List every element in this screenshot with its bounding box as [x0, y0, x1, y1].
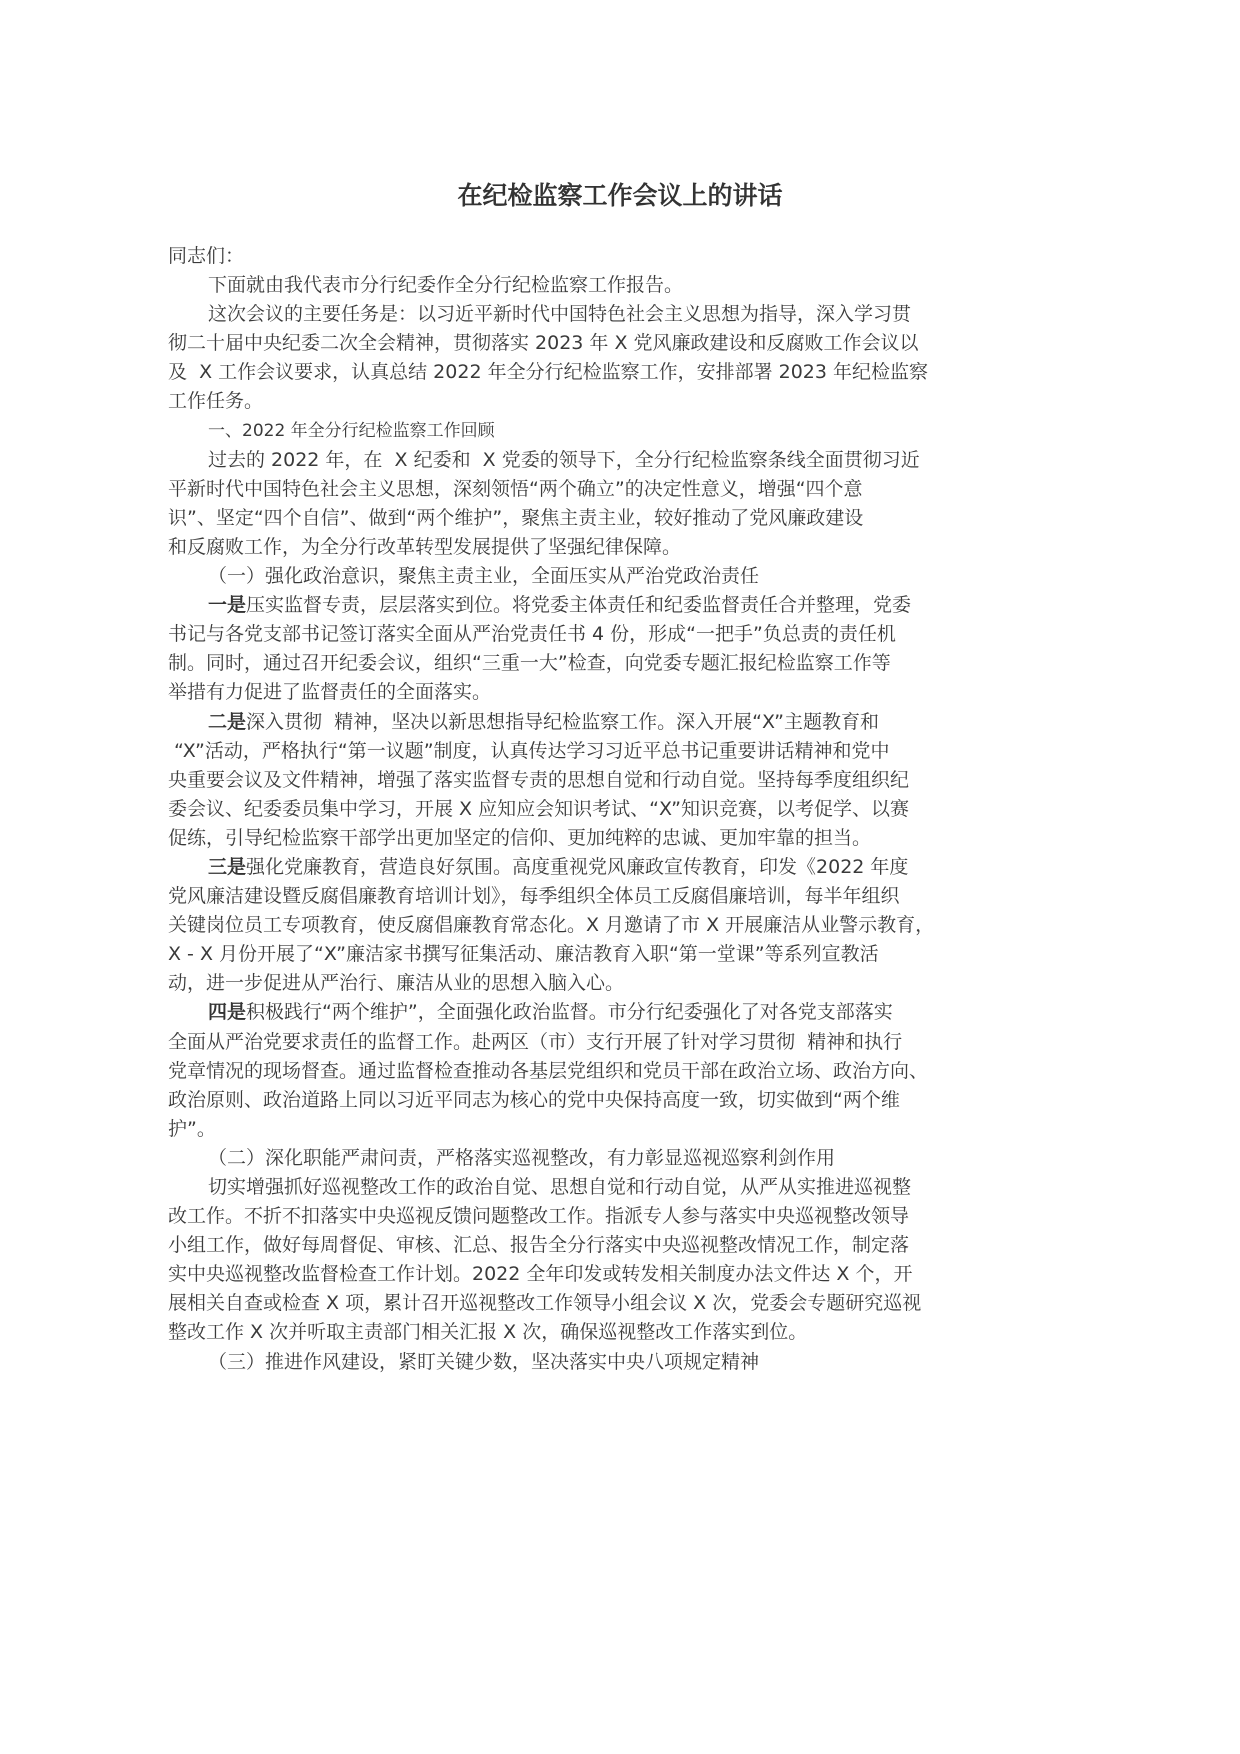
line-text: 一、2022 年全分行纪检监察工作回顾 [208, 421, 495, 441]
lead-phrase: 三是 [208, 856, 246, 878]
salutation: 同志们： [168, 242, 1058, 271]
text-line: 央重要会议及文件精神，增强了落实监督专责的思想自觉和行动自觉。坚持每季度组织纪 [168, 766, 1058, 795]
text-line: 全面从严治党要求责任的监督工作。赴两区（市）支行开展了针对学习贯彻 精神和执行 [168, 1028, 1058, 1057]
line-text: 央重要会议及文件精神，增强了落实监督专责的思想自觉和行动自觉。坚持每季度组织纪 [168, 769, 909, 791]
document-body: 同志们： 下面就由我代表市分行纪委作全分行纪检监察工作报告。这次会议的主要任务是… [168, 242, 1058, 1377]
line-text: 和反腐败工作，为全分行改革转型发展提供了坚强纪律保障。 [168, 536, 681, 558]
text-line: 委会议、纪委委员集中学习，开展 X 应知应会知识考试、“X”知识竞赛，以考促学、… [168, 795, 1058, 824]
paragraph-lines: 下面就由我代表市分行纪委作全分行纪检监察工作报告。这次会议的主要任务是：以习近平… [168, 271, 1058, 1377]
line-text: 压实监督专责，层层落实到位。将党委主体责任和纪委监督责任合并整理，党委 [246, 594, 911, 616]
line-text: （三）推进作风建设，紧盯关键少数，坚决落实中央八项规定精神 [208, 1351, 759, 1373]
text-line: 这次会议的主要任务是：以习近平新时代中国特色社会主义思想为指导，深入学习贯 [168, 300, 1058, 329]
line-text: 全面从严治党要求责任的监督工作。赴两区（市）支行开展了针对学习贯彻 精神和执行 [168, 1031, 902, 1053]
line-text: 党章情况的现场督查。通过监督检查推动各基层党组织和党员干部在政治立场、政治方向、 [168, 1060, 928, 1082]
lead-phrase: 四是 [208, 1001, 246, 1023]
text-line: 护”。 [168, 1115, 1058, 1144]
text-line: 政治原则、政治道路上同以习近平同志为核心的党中央保持高度一致，切实做到“两个维 [168, 1086, 1058, 1115]
text-line: 党章情况的现场督查。通过监督检查推动各基层党组织和党员干部在政治立场、政治方向、 [168, 1057, 1058, 1086]
line-text: 护”。 [168, 1118, 216, 1140]
line-text: X - X 月份开展了“X”廉洁家书撰写征集活动、廉洁教育入职“第一堂课”等系列… [168, 943, 879, 965]
line-text: 改工作。不折不扣落实中央巡视反馈问题整改工作。指派专人参与落实中央巡视整改领导 [168, 1205, 909, 1227]
line-text: 政治原则、政治道路上同以习近平同志为核心的党中央保持高度一致，切实做到“两个维 [168, 1089, 900, 1111]
line-text: 识”、坚定“四个自信”、做到“两个维护”，聚焦主责主业，较好推动了党风廉政建设 [168, 507, 863, 529]
line-text: “X”活动，严格执行“第一议题”制度，认真传达学习习近平总书记重要讲话精神和党中 [168, 740, 890, 762]
text-line: 及 X 工作会议要求，认真总结 2022 年全分行纪检监察工作，安排部署 202… [168, 358, 1058, 387]
text-line: 整改工作 X 次并听取主责部门相关汇报 X 次，确保巡视整改工作落实到位。 [168, 1318, 1058, 1347]
lead-phrase: 一是 [208, 594, 246, 616]
line-text: 举措有力促进了监督责任的全面落实。 [168, 681, 491, 703]
text-line: （一）强化政治意识，聚焦主责主业，全面压实从严治党政治责任 [168, 562, 1058, 591]
line-text: （二）深化职能严肃问责，严格落实巡视整改，有力彰显巡视巡察利剑作用 [208, 1147, 835, 1169]
text-line: 促练，引导纪检监察干部学出更加坚定的信仰、更加纯粹的忠诚、更加牢靠的担当。 [168, 824, 1058, 853]
section-heading: 一、2022 年全分行纪检监察工作回顾 [168, 417, 1058, 446]
text-line: 关键岗位员工专项教育，使反腐倡廉教育常态化。X 月邀请了市 X 开展廉洁从业警示… [168, 911, 1058, 940]
document-title: 在纪检监察工作会议上的讲话 [0, 176, 1240, 216]
line-text: 过去的 2022 年，在 X 纪委和 X 党委的领导下，全分行纪检监察条线全面贯… [208, 449, 920, 471]
text-line: 下面就由我代表市分行纪委作全分行纪检监察工作报告。 [168, 271, 1058, 300]
text-line: 二是深入贯彻 精神，坚决以新思想指导纪检监察工作。深入开展“X”主题教育和 [168, 708, 1058, 737]
text-line: 实中央巡视整改监督检查工作计划。2022 全年印发或转发相关制度办法文件达 X … [168, 1260, 1058, 1289]
line-text: 动，进一步促进从严治行、廉洁从业的思想入脑入心。 [168, 972, 624, 994]
line-text: 促练，引导纪检监察干部学出更加坚定的信仰、更加纯粹的忠诚、更加牢靠的担当。 [168, 827, 871, 849]
line-text: 下面就由我代表市分行纪委作全分行纪检监察工作报告。 [208, 274, 683, 296]
line-text: 制。同时，通过召开纪委会议，组织“三重一大”检查，向党委专题汇报纪检监察工作等 [168, 652, 891, 674]
line-text: 平新时代中国特色社会主义思想，深刻领悟“两个确立”的决定性意义，增强“四个意 [168, 478, 863, 500]
line-text: 工作任务。 [168, 390, 263, 412]
line-text: 彻二十届中央纪委二次全会精神，贯彻落实 2023 年 X 党风廉政建设和反腐败工… [168, 332, 919, 354]
text-line: 举措有力促进了监督责任的全面落实。 [168, 678, 1058, 707]
text-line: “X”活动，严格执行“第一议题”制度，认真传达学习习近平总书记重要讲话精神和党中 [168, 737, 1058, 766]
line-text: 整改工作 X 次并听取主责部门相关汇报 X 次，确保巡视整改工作落实到位。 [168, 1321, 807, 1343]
text-line: （二）深化职能严肃问责，严格落实巡视整改，有力彰显巡视巡察利剑作用 [168, 1144, 1058, 1173]
line-text: 积极践行“两个维护”，全面强化政治监督。市分行纪委强化了对各党支部落实 [246, 1001, 893, 1023]
text-line: 一是压实监督专责，层层落实到位。将党委主体责任和纪委监督责任合并整理，党委 [168, 591, 1058, 620]
text-line: 展相关自查或检查 X 项，累计召开巡视整改工作领导小组会议 X 次，党委会专题研… [168, 1289, 1058, 1318]
text-line: 党风廉洁建设暨反腐倡廉教育培训计划》，每季组织全体员工反腐倡廉培训，每半年组织 [168, 882, 1058, 911]
text-line: 三是强化党廉教育，营造良好氛围。高度重视党风廉政宣传教育，印发《2022 年度 [168, 853, 1058, 882]
line-text: 小组工作，做好每周督促、审核、汇总、报告全分行落实中央巡视整改情况工作，制定落 [168, 1234, 909, 1256]
line-text: （一）强化政治意识，聚焦主责主业，全面压实从严治党政治责任 [208, 565, 759, 587]
lead-phrase: 二是 [208, 711, 246, 733]
text-line: 小组工作，做好每周督促、审核、汇总、报告全分行落实中央巡视整改情况工作，制定落 [168, 1231, 1058, 1260]
text-line: 平新时代中国特色社会主义思想，深刻领悟“两个确立”的决定性意义，增强“四个意 [168, 475, 1058, 504]
line-text: 及 X 工作会议要求，认真总结 2022 年全分行纪检监察工作，安排部署 202… [168, 361, 928, 383]
line-text: 委会议、纪委委员集中学习，开展 X 应知应会知识考试、“X”知识竞赛，以考促学、… [168, 798, 909, 820]
line-text: 党风廉洁建设暨反腐倡廉教育培训计划》，每季组织全体员工反腐倡廉培训，每半年组织 [168, 885, 900, 907]
text-line: 和反腐败工作，为全分行改革转型发展提供了坚强纪律保障。 [168, 533, 1058, 562]
text-line: X - X 月份开展了“X”廉洁家书撰写征集活动、廉洁教育入职“第一堂课”等系列… [168, 940, 1058, 969]
line-text: 深入贯彻 精神，坚决以新思想指导纪检监察工作。深入开展“X”主题教育和 [246, 711, 879, 733]
line-text: 实中央巡视整改监督检查工作计划。2022 全年印发或转发相关制度办法文件达 X … [168, 1263, 913, 1285]
text-line: 工作任务。 [168, 387, 1058, 416]
document-page: 在纪检监察工作会议上的讲话 同志们： 下面就由我代表市分行纪委作全分行纪检监察工… [0, 0, 1240, 1754]
line-text: 书记与各党支部书记签订落实全面从严治党责任书 4 份，形成“一把手”负总责的责任… [168, 623, 896, 645]
line-text: 切实增强抓好巡视整改工作的政治自觉、思想自觉和行动自觉，从严从实推进巡视整 [208, 1176, 911, 1198]
text-line: 制。同时，通过召开纪委会议，组织“三重一大”检查，向党委专题汇报纪检监察工作等 [168, 649, 1058, 678]
text-line: 过去的 2022 年，在 X 纪委和 X 党委的领导下，全分行纪检监察条线全面贯… [168, 446, 1058, 475]
text-line: 四是积极践行“两个维护”，全面强化政治监督。市分行纪委强化了对各党支部落实 [168, 998, 1058, 1027]
line-text: 展相关自查或检查 X 项，累计召开巡视整改工作领导小组会议 X 次，党委会专题研… [168, 1292, 921, 1314]
text-line: 书记与各党支部书记签订落实全面从严治党责任书 4 份，形成“一把手”负总责的责任… [168, 620, 1058, 649]
line-text: 强化党廉教育，营造良好氛围。高度重视党风廉政宣传教育，印发《2022 年度 [246, 856, 908, 878]
line-text: 关键岗位员工专项教育，使反腐倡廉教育常态化。X 月邀请了市 X 开展廉洁从业警示… [168, 914, 934, 936]
line-text: 这次会议的主要任务是：以习近平新时代中国特色社会主义思想为指导，深入学习贯 [208, 303, 911, 325]
text-line: 彻二十届中央纪委二次全会精神，贯彻落实 2023 年 X 党风廉政建设和反腐败工… [168, 329, 1058, 358]
text-line: 识”、坚定“四个自信”、做到“两个维护”，聚焦主责主业，较好推动了党风廉政建设 [168, 504, 1058, 533]
text-line: 切实增强抓好巡视整改工作的政治自觉、思想自觉和行动自觉，从严从实推进巡视整 [168, 1173, 1058, 1202]
text-line: 动，进一步促进从严治行、廉洁从业的思想入脑入心。 [168, 969, 1058, 998]
text-line: （三）推进作风建设，紧盯关键少数，坚决落实中央八项规定精神 [168, 1348, 1058, 1377]
text-line: 改工作。不折不扣落实中央巡视反馈问题整改工作。指派专人参与落实中央巡视整改领导 [168, 1202, 1058, 1231]
